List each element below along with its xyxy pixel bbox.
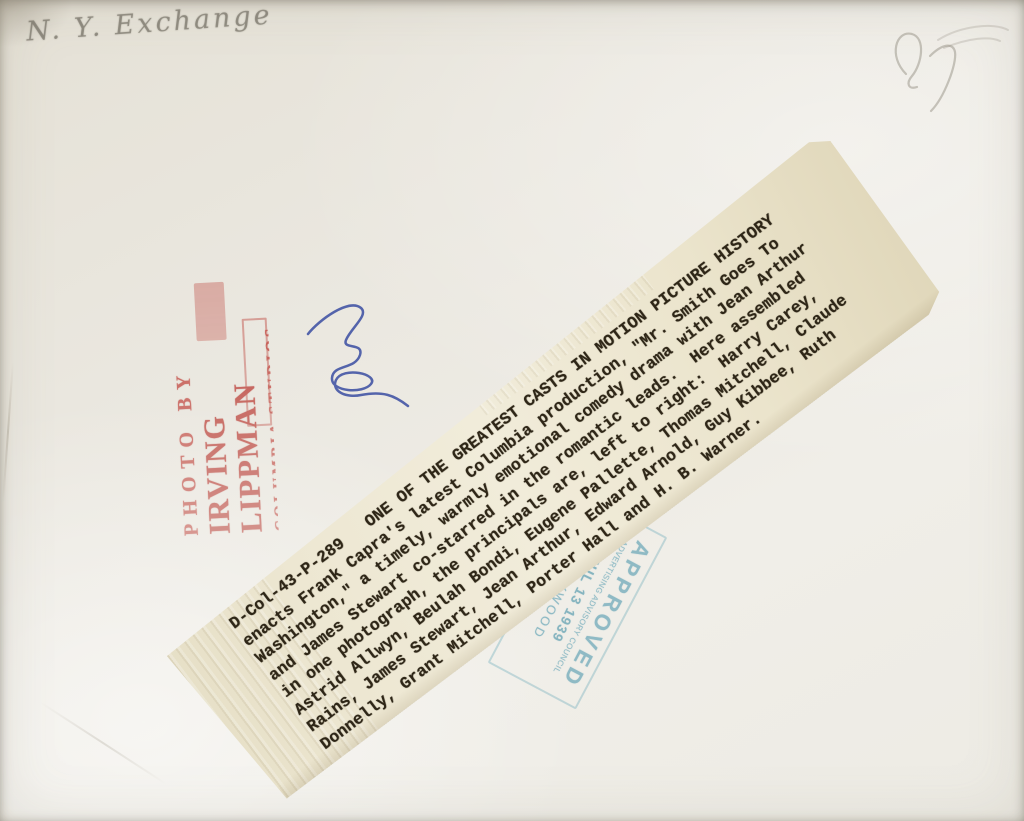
pencil-annotation: N. Y. Exchange [25,0,273,48]
photographer-stamp: PHOTO BY IRVING LIPPMAN COLUMBIA STUDIOS [167,270,279,537]
paper-crease [40,701,167,784]
paper-crease [2,362,14,502]
pencil-scribble-mark [876,10,1024,115]
photo-verso-paper: N. Y. Exchange PHOTO BY IRVING LIPPMAN C… [0,0,1024,821]
ink-signature [291,282,421,416]
ink-blot [194,282,227,341]
